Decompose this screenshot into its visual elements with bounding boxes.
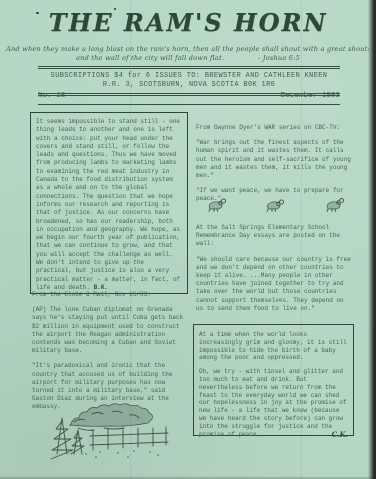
dyer-source: From Gwynne Dyer's WAR series on CBC-TV:	[196, 124, 352, 132]
ram-sketch-icon	[263, 198, 285, 212]
subscription-line1: SUBSCRIPTIONS $4 for 6 ISSUES TO: BREWST…	[38, 72, 340, 81]
scripture-quote-line2: and the wall of the city will fall down …	[0, 54, 376, 62]
scripture-attribution: - Joshua 6:5	[258, 54, 300, 62]
closing-editorial-box: At a time when the world looks increasin…	[193, 324, 354, 436]
dyer-quote1: "War brings out the finest aspects of th…	[196, 139, 352, 180]
ram-sketch-icon	[322, 198, 344, 212]
subscription-line2: R.R. 3, SCOTSBURN, NOVA SCOTIA B0K 1R0	[38, 81, 340, 90]
newsletter-page: THE RAM'S HORN And when they make a long…	[0, 0, 376, 479]
school-quote: "We should care because our country is f…	[196, 256, 352, 313]
trees-fence-illustration	[34, 394, 176, 464]
scripture-quote-line1: And when they make a long blast on the r…	[0, 45, 376, 53]
closing-paragraph1: At a time when the world looks increasin…	[199, 331, 348, 362]
closing-paragraph2-text: Oh, we try - with tinsel and glitter and…	[199, 368, 347, 437]
school-intro: At the Salt Springs Elementary School Re…	[196, 224, 352, 249]
issue-row: No. 18 December 1983	[38, 92, 340, 105]
globe-mail-paragraph1: (AP) The lone Cuban diplomat on Grenada …	[32, 306, 189, 355]
issue-date: December 1983	[281, 92, 340, 100]
editorial-intro-text: It seems impossible to stand still - one…	[36, 118, 180, 291]
scripture-quote-text: and the wall of the city will fall down …	[76, 54, 224, 62]
landscape-sketch	[34, 394, 176, 469]
editorial-intro-box: It seems impossible to stand still - one…	[30, 112, 188, 294]
ram-sketch-icon	[204, 198, 226, 212]
issue-number: No. 18	[38, 92, 65, 100]
globe-mail-source: From the Globe & Mail, Nov 26/83:	[32, 291, 189, 299]
school-section: At the Salt Springs Elementary School Re…	[196, 224, 352, 320]
ram-sketch-row	[204, 198, 344, 212]
newsletter-title: THE RAM'S HORN	[0, 8, 376, 37]
closing-signature: C.K.	[332, 431, 348, 439]
scan-edge-shadow	[368, 0, 376, 479]
closing-paragraph2: Oh, we try - with tinsel and glitter and…	[199, 368, 348, 438]
editorial-signature: B.K.	[94, 284, 108, 291]
